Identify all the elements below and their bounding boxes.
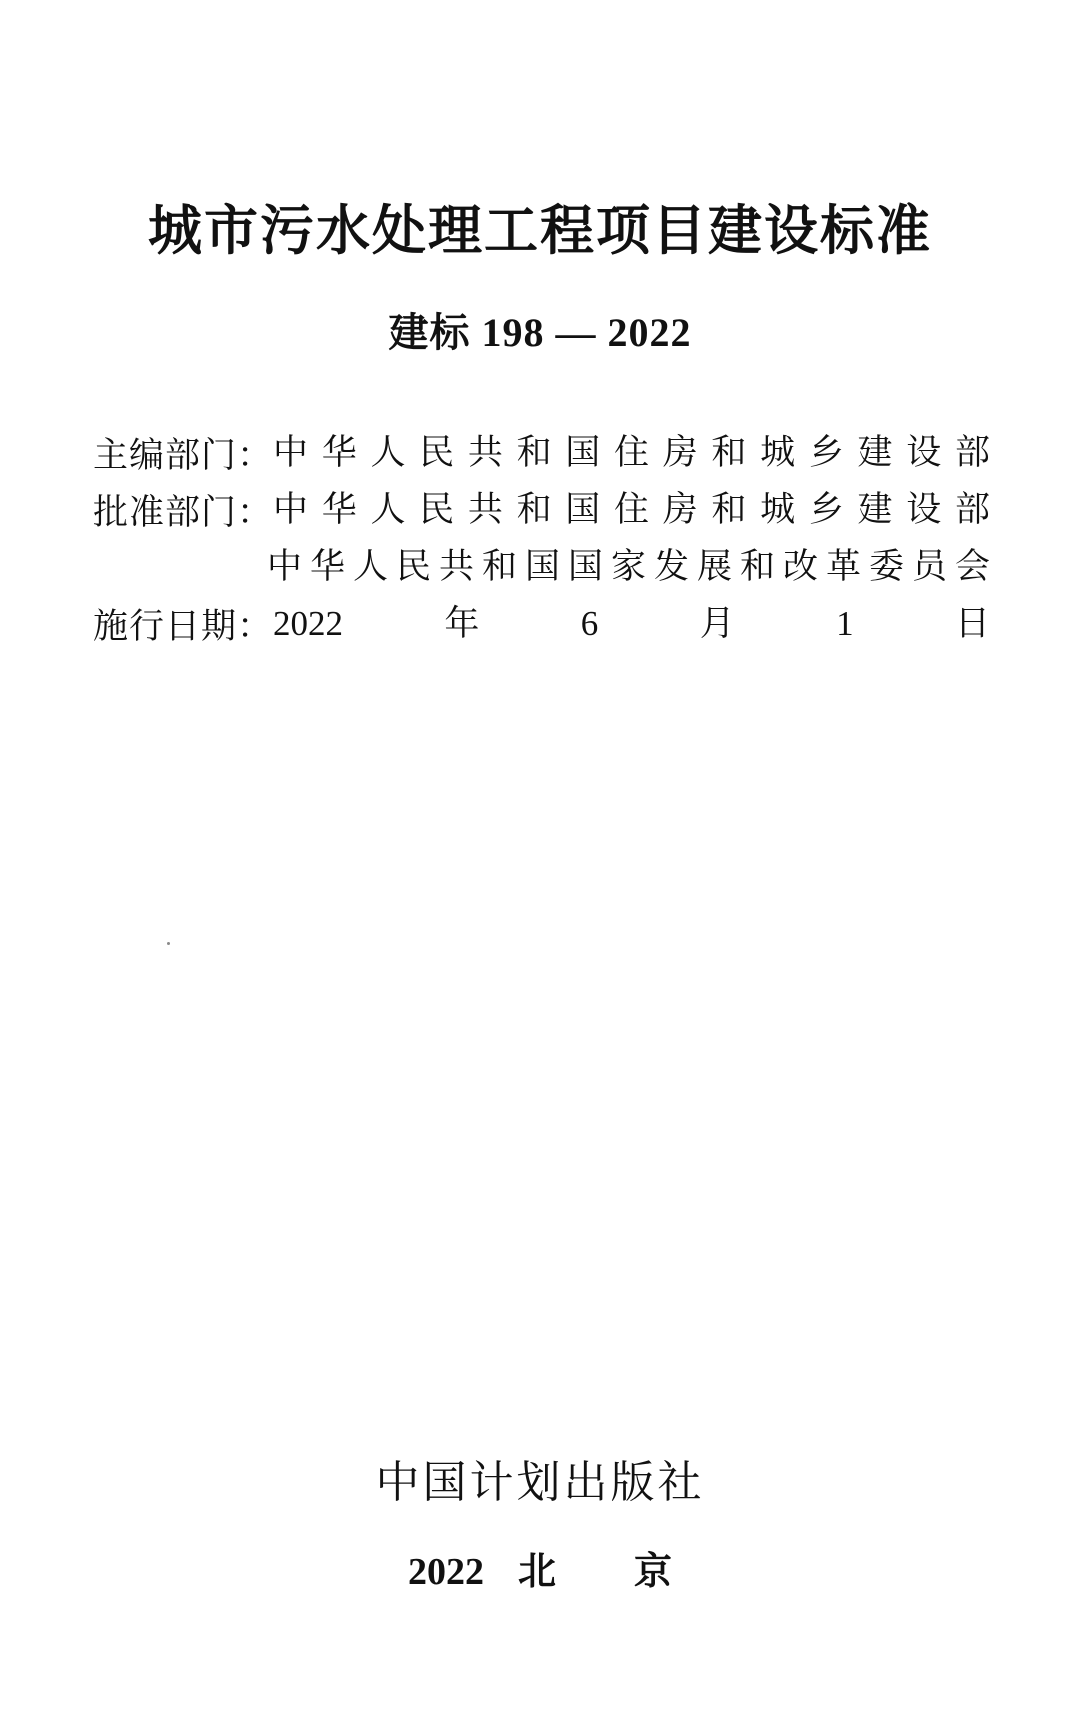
info-label: 主编部门： <box>93 428 273 478</box>
info-value: 2022年6月1日 <box>273 603 990 645</box>
info-value: 中华人民共和国住房和城乡建设部 <box>273 432 990 474</box>
scan-speck <box>167 942 170 945</box>
imprint-city: 北京 <box>518 1550 750 1594</box>
info-row-chief-editing-dept: 主编部门： 中华人民共和国住房和城乡建设部 <box>93 424 990 481</box>
info-value: 中华人民共和国国家发展和改革委员会 <box>267 546 990 588</box>
publisher-name: 中国计划出版社 <box>0 1458 1080 1508</box>
info-row-approving-dept-continued: 中华人民共和国国家发展和改革委员会 <box>93 538 990 595</box>
info-label: 批准部门： <box>93 485 273 535</box>
standard-number: 建标 198 — 2022 <box>0 310 1080 356</box>
info-label: 施行日期： <box>93 599 273 649</box>
info-value: 中华人民共和国住房和城乡建设部 <box>273 489 990 531</box>
info-row-effective-date: 施行日期： 2022年6月1日 <box>93 595 990 652</box>
document-cover-page: 城市污水处理工程项目建设标准 建标 198 — 2022 主编部门： 中华人民共… <box>0 0 1080 1713</box>
document-title: 城市污水处理工程项目建设标准 <box>0 199 1080 263</box>
imprint-line: 2022 北京 <box>0 1550 1080 1594</box>
info-block: 主编部门： 中华人民共和国住房和城乡建设部 批准部门： 中华人民共和国住房和城乡… <box>93 424 990 652</box>
info-row-approving-dept: 批准部门： 中华人民共和国住房和城乡建设部 <box>93 481 990 538</box>
imprint-year: 2022 <box>408 1550 484 1594</box>
